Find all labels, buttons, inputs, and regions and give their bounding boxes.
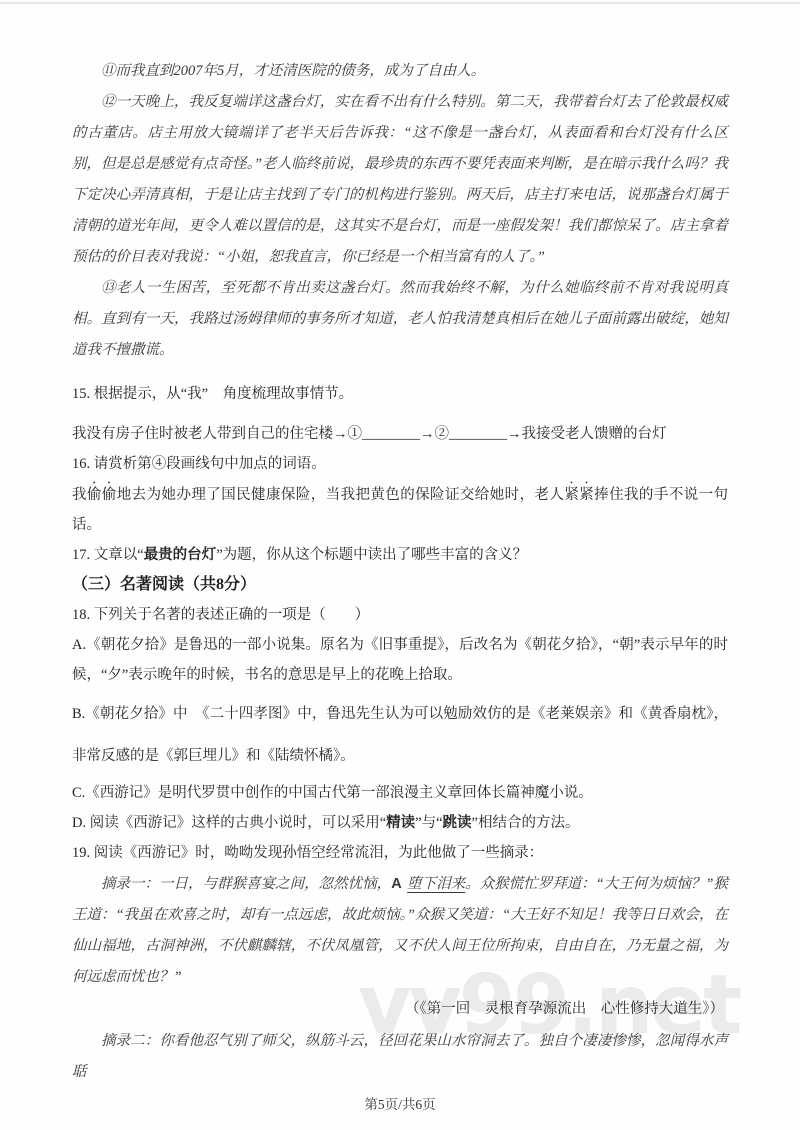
excerpt-1-citation: （《第一回 灵根育孕源流出 心性修持大道生》）: [72, 994, 728, 1025]
question-16-stem: 16. 请赏析第④段画线句中加点的词语。: [72, 449, 728, 479]
option-segment: D. 阅读《西游记》这样的古典小说时，可以采用“: [72, 815, 386, 831]
option-segment: ”相结合的方法。: [472, 815, 580, 831]
sentence-segment: 地去为她办理了国民健康保险，当我把黄色的保险证交给她时，老人: [117, 487, 565, 503]
blank-label-a: A: [391, 876, 407, 892]
emphasized-word: 紧紧: [564, 487, 594, 503]
exam-page: vv99.net ⑪而我直到2007年5月，才还清医院的债务，成为了自由人。 ⑫…: [0, 0, 800, 1130]
excerpt-segment: 摘录一：一日，与群猴喜宴之间，忽然忧恼，: [101, 876, 391, 892]
sentence-segment: 我: [72, 487, 87, 503]
question-18-stem: 18. 下列关于名著的表述正确的一项是（ ）: [72, 600, 728, 630]
stem-segment: ”为题，你从这个标题中读出了哪些丰富的含义？: [216, 547, 527, 563]
question-17-stem: 17. 文章以“最贵的台灯”为题，你从这个标题中读出了哪些丰富的含义？: [72, 540, 728, 570]
excerpt-2: 摘录二：你看他忍气别了师父，纵筋斗云，径回花果山水帘洞去了。独自个凄凄惨惨，忽闻…: [72, 1026, 728, 1088]
page-number: 第5页/共6页: [0, 1093, 800, 1113]
page-content: ⑪而我直到2007年5月，才还清医院的债务，成为了自由人。 ⑫一天晚上，我反复端…: [72, 0, 728, 1088]
emphasized-word: 偷偷: [87, 487, 117, 503]
stem-segment: 17. 文章以“: [72, 547, 144, 563]
section-3-header: （三）名著阅读（共8分）: [72, 570, 728, 600]
excerpt-segment: 。众猴慌忙罗拜道：“大王何为烦恼？”猴王道：“我虽在欢喜之时，却有一点远虑，故此…: [72, 876, 728, 985]
underlined-phrase: 堕下泪来: [407, 876, 465, 892]
question-18-option-b: B.《朝花夕拾》中 《二十四孝图》中，鲁迅先生认为可以勉励效仿的是《老莱娱亲》和…: [72, 693, 728, 777]
option-segment: ”与“: [415, 815, 442, 831]
reading-method-term: 跳读: [443, 815, 472, 831]
question-15-plot-flow: 我没有房子住时被老人带到自己的住宅楼→①________→②________→我…: [72, 419, 728, 449]
question-18-option-d: D. 阅读《西游记》这样的古典小说时，可以采用“精读”与“跳读”相结合的方法。: [72, 808, 728, 838]
question-19-stem: 19. 阅读《西游记》时，呦呦发现孙悟空经常流泪，为此他做了一些摘录：: [72, 838, 728, 868]
question-18-option-c: C.《西游记》是明代罗贯中创作的中国古代第一部浪漫主义章回体长篇神魔小说。: [72, 778, 728, 808]
passage-paragraph-12: ⑫一天晚上，我反复端详这盏台灯，实在看不出有什么特别。第二天，我带着台灯去了伦敦…: [72, 87, 728, 273]
reading-method-term: 精读: [386, 815, 415, 831]
question-15-stem: 15. 根据提示，从“我” 角度梳理故事情节。: [72, 379, 728, 409]
passage-paragraph-11: ⑪而我直到2007年5月，才还清医院的债务，成为了自由人。: [72, 56, 728, 87]
article-title: 最贵的台灯: [144, 547, 217, 563]
question-18-option-a: A.《朝花夕拾》是鲁迅的一部小说集。原名为《旧事重提》，后改名为《朝花夕拾》，“…: [72, 630, 728, 690]
question-16-quoted-sentence: 我偷偷地去为她办理了国民健康保险，当我把黄色的保险证交给她时，老人紧紧捧住我的手…: [72, 479, 728, 540]
passage-paragraph-13: ⑬老人一生困苦，至死都不肯出卖这盏台灯。然而我始终不解，为什么她临终前不肯对我说…: [72, 273, 728, 366]
excerpt-1: 摘录一：一日，与群猴喜宴之间，忽然忧恼，A 堕下泪来。众猴慌忙罗拜道：“大王何为…: [72, 869, 728, 993]
